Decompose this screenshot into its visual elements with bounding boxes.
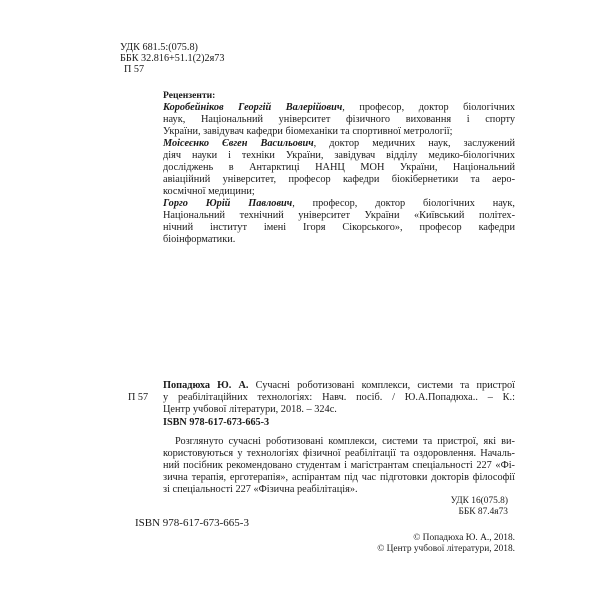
reviewer-line: України, завідувач кафедри біомеханіки т… <box>163 126 515 138</box>
reviewer-line: наук, Національний університет фізичного… <box>163 114 515 126</box>
reviewer-text: космічної медицини; <box>163 186 255 197</box>
reviewer-text: України, завідувач кафедри біомеханіки т… <box>163 126 453 137</box>
bib-author-mark: П 57 <box>128 392 148 404</box>
footer-bbk: ББК 87.4я73 <box>459 506 508 518</box>
abstract: Розглянуто сучасні роботизовані комплекс… <box>163 436 515 496</box>
reviewer-name: Коробейніков Георгій Валерійович <box>163 102 342 113</box>
author-mark: П 57 <box>124 64 144 76</box>
reviewer-line: авіаційний університет, професор кафедри… <box>163 174 515 186</box>
reviewer-name: Горго Юрій Павлович <box>163 198 292 209</box>
abstract-line: користовуються у технологіях фізичної ре… <box>163 448 515 460</box>
reviewer-text: нічний інститут імені Ігоря Сікорського»… <box>163 222 515 233</box>
reviewer-text: біоінформатики. <box>163 234 235 245</box>
bib-author: Попадюха Ю. А. <box>163 380 248 391</box>
bib-isbn: ISBN 978-617-673-665-3 <box>163 417 269 429</box>
reviewer-line: Горго Юрій Павлович, професор, доктор бі… <box>163 198 515 210</box>
reviewer-text: наук, Національний університет фізичного… <box>163 114 515 125</box>
reviewers-block: Коробейніков Георгій Валерійович, профес… <box>163 102 515 246</box>
reviewer-name: Моісеєнко Євген Васильович <box>163 138 314 149</box>
reviewer-line: Моісеєнко Євген Васильович, доктор медич… <box>163 138 515 150</box>
reviewer-line: нічний інститут імені Ігоря Сікорського»… <box>163 222 515 234</box>
reviewer-text: Національний технічний університет Украї… <box>163 210 515 221</box>
reviewer-line: Коробейніков Георгій Валерійович, профес… <box>163 102 515 114</box>
footer-isbn: ISBN 978-617-673-665-3 <box>135 517 249 529</box>
reviewer-line: Національний технічний університет Украї… <box>163 210 515 222</box>
reviewer-text: авіаційний університет, професор кафедри… <box>163 174 515 185</box>
reviewer-line: досліджень в Антарктиці НАНЦ МОН України… <box>163 162 515 174</box>
reviewer-text: , професор, доктор біологічних наук, <box>292 198 515 209</box>
reviewer-line: діяч науки і техніки України, завідувач … <box>163 150 515 162</box>
abstract-line: Розглянуто сучасні роботизовані комплекс… <box>163 436 515 448</box>
copyright-publisher: © Центр учбової літератури, 2018. <box>377 543 515 555</box>
bibliographic-description: Попадюха Ю. А. Сучасні роботизовані комп… <box>163 380 515 416</box>
bib-line: у реабілітаційних технологіях: Навч. пос… <box>163 392 515 404</box>
reviewers-heading: Рецензенти: <box>163 90 215 102</box>
reviewer-line: космічної медицини; <box>163 186 515 198</box>
reviewer-text: діяч науки і техніки України, завідувач … <box>163 150 515 161</box>
abstract-line: зична терапія, ерготерапія», аспірантам … <box>163 472 515 484</box>
reviewer-text: , професор, доктор біологічних <box>342 102 515 113</box>
bib-line: Попадюха Ю. А. Сучасні роботизовані комп… <box>163 380 515 392</box>
reviewer-text: досліджень в Антарктиці НАНЦ МОН України… <box>163 162 515 173</box>
bib-line: Центр учбової літератури, 2018. – 324с. <box>163 404 515 416</box>
reviewer-text: , доктор медичних наук, заслужений <box>314 138 515 149</box>
reviewer-line: біоінформатики. <box>163 234 515 246</box>
abstract-line: ний посібник рекомендовано студентам і м… <box>163 460 515 472</box>
